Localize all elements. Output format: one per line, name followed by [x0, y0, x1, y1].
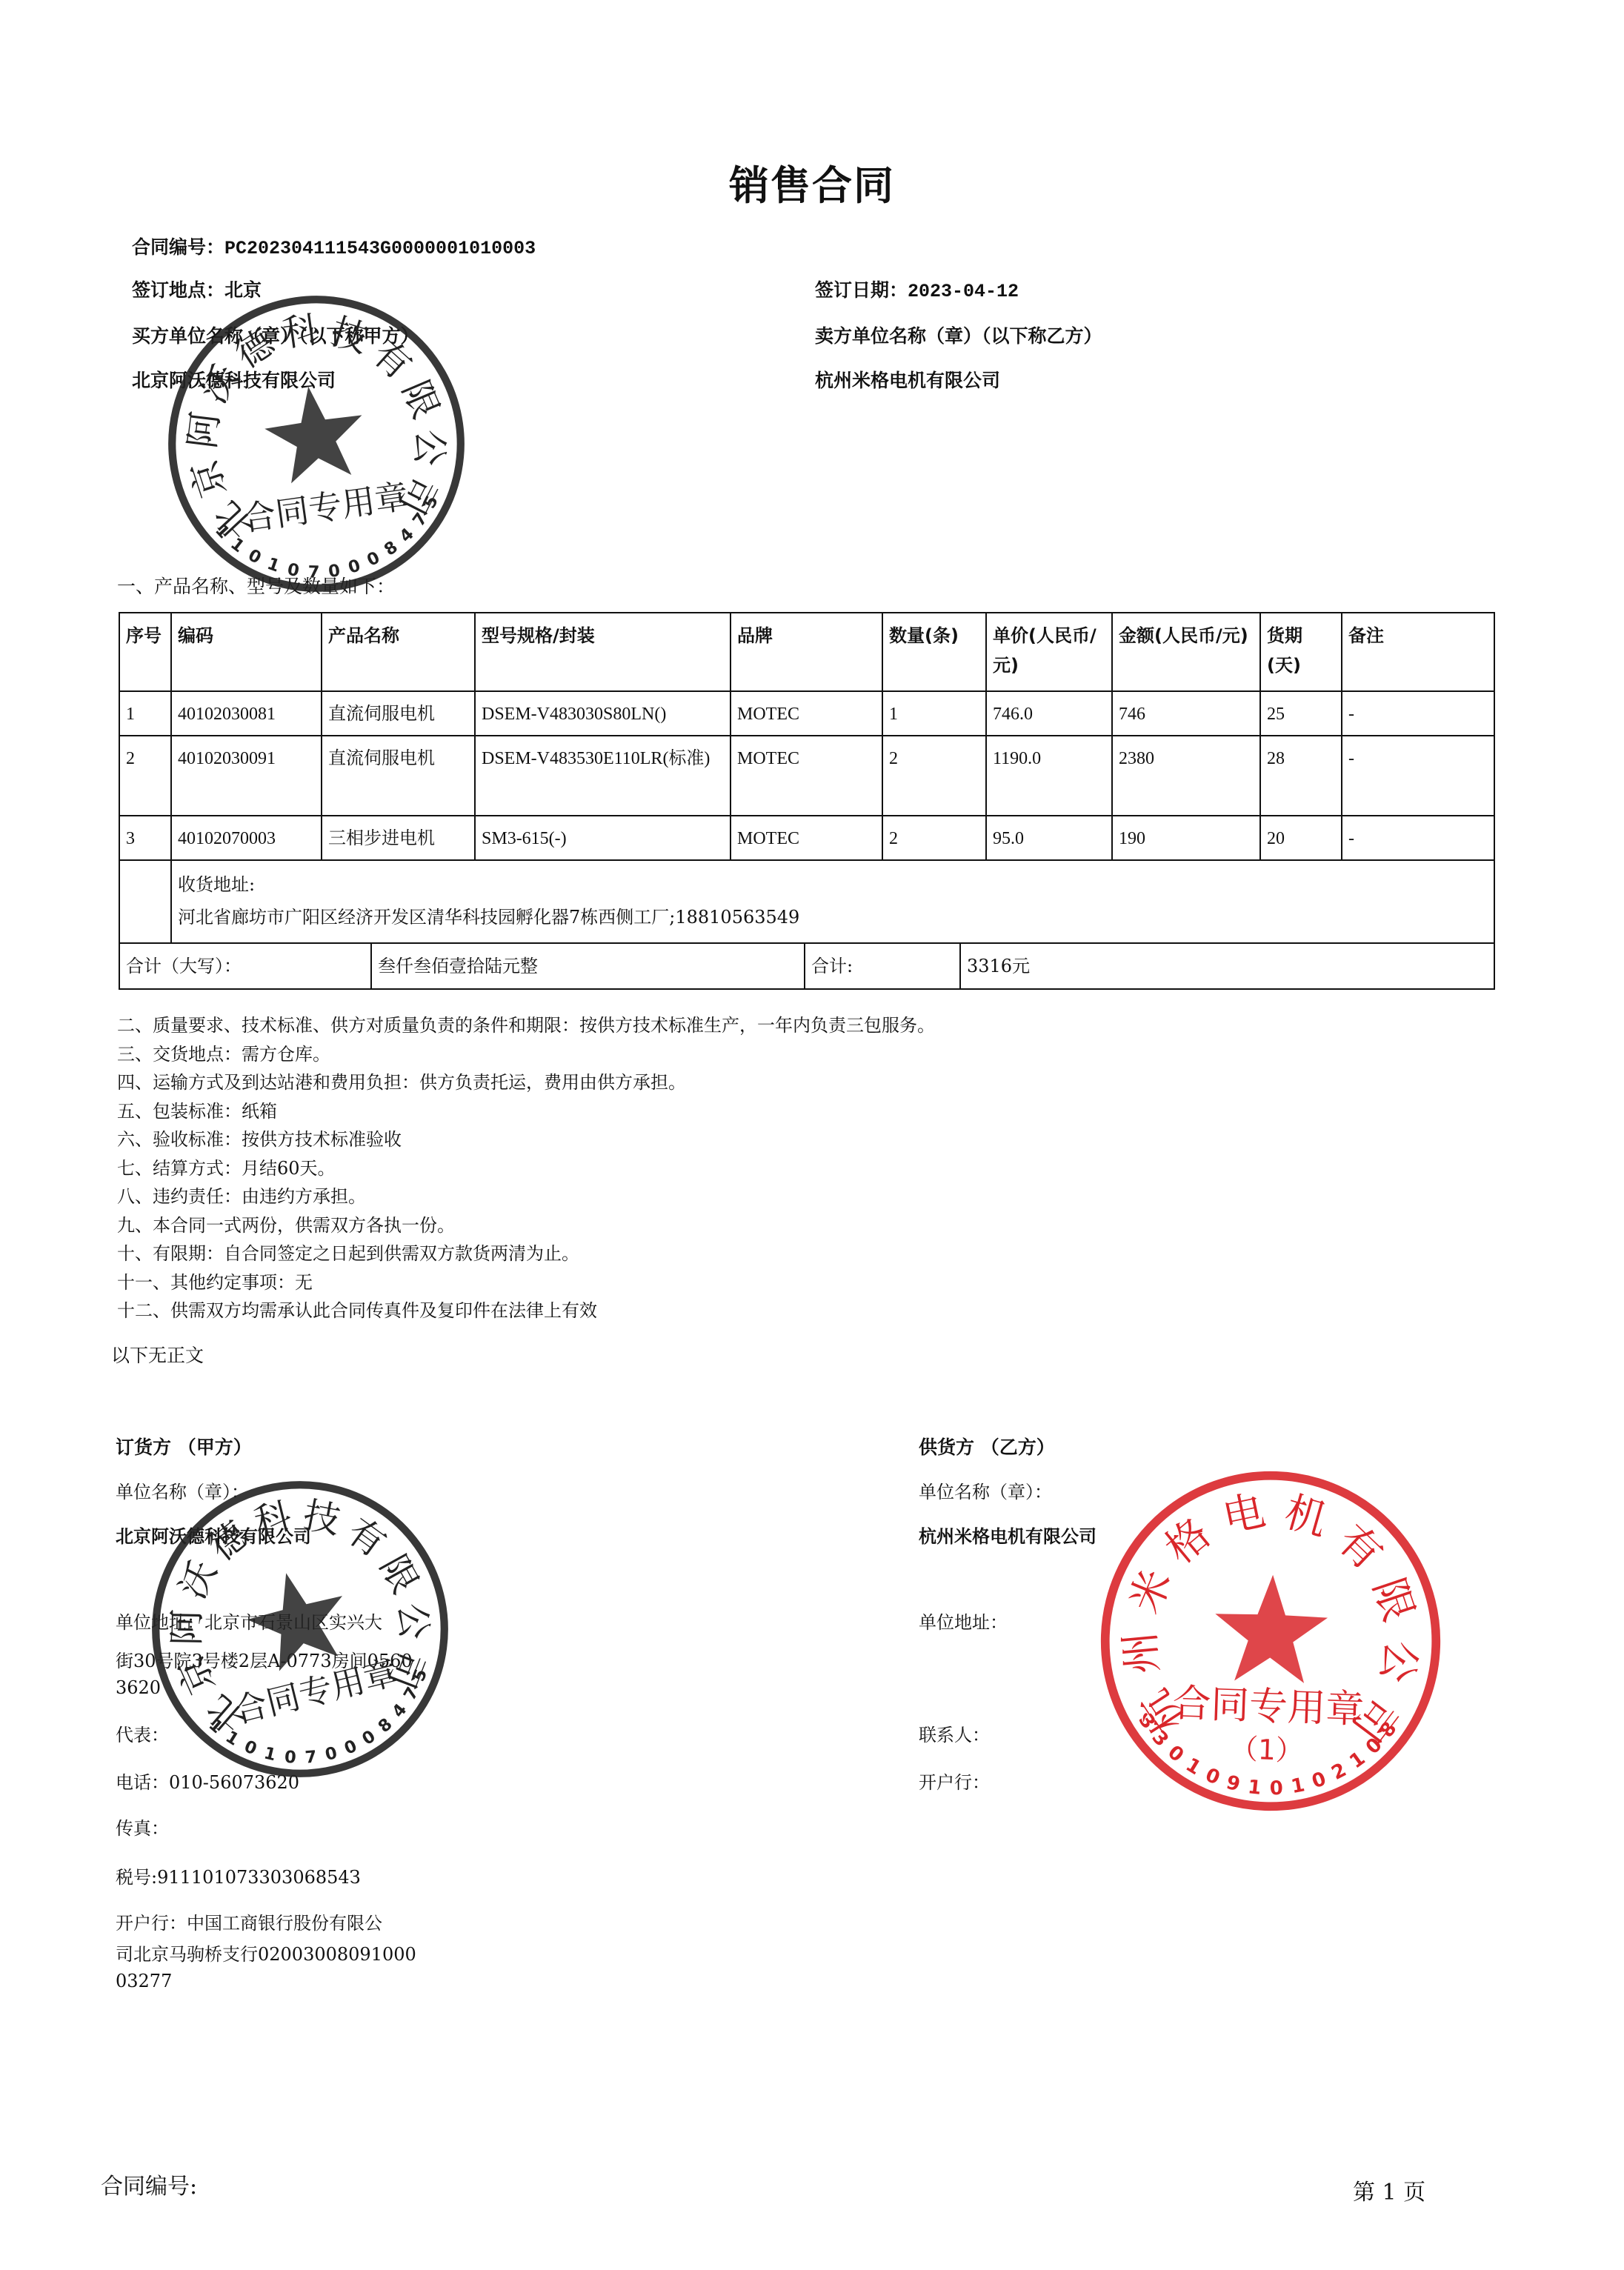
svg-text:1: 1 — [1345, 1748, 1369, 1774]
table-header-cell: 序号 — [119, 612, 172, 692]
svg-text:1: 1 — [227, 534, 247, 556]
svg-text:0: 0 — [323, 1743, 339, 1765]
svg-text:限: 限 — [1364, 1572, 1423, 1627]
table-cell: DSEM-V483530E110LR(标准) — [474, 735, 731, 816]
document-title: 销售合同 — [0, 154, 1624, 211]
svg-text:7: 7 — [409, 510, 431, 530]
svg-text:公: 公 — [390, 1602, 436, 1641]
party-a-address-line1: 北京市石景山区实兴大 — [204, 1612, 382, 1633]
table-cell: MOTEC — [730, 735, 883, 816]
table-cell: 40102070003 — [170, 815, 322, 861]
svg-text:5: 5 — [420, 493, 442, 512]
svg-text:州: 州 — [1116, 1630, 1168, 1676]
party-a-address-line3: 3620 — [116, 1677, 161, 1698]
table-cell: 25 — [1259, 690, 1342, 736]
svg-text:有: 有 — [1328, 1516, 1392, 1580]
party-a-tax-value: 91110107330306854З — [157, 1867, 361, 1888]
total-cell: 3316元 — [959, 942, 1495, 990]
svg-text:司: 司 — [1342, 1688, 1405, 1750]
seller-label: 卖方单位名称（章）（以下称乙方） — [815, 322, 1102, 348]
delivery-address-label: 收货地址: — [178, 868, 1488, 901]
address-spacer-cell — [119, 859, 172, 944]
svg-text:7: 7 — [400, 1684, 422, 1704]
table-cell: 2 — [882, 735, 987, 816]
table-header-cell: 数量(条) — [882, 612, 987, 692]
table-cell: - — [1341, 735, 1495, 816]
clause-item: 九、本合同一式两份，供需双方各执一份。 — [117, 1211, 455, 1236]
contract-number: PC202304111543G0000001010003 — [224, 238, 536, 259]
sign-date-label: 签订日期： — [815, 279, 908, 301]
delivery-address-cell: 收货地址:河北省廊坊市广阳区经济开发区清华科技园孵化器7栋西侧工厂;188105… — [170, 859, 1495, 944]
table-cell: - — [1341, 815, 1495, 861]
svg-text:0: 0 — [1202, 1764, 1222, 1790]
party-a-phone: 电话：010-56073620 — [116, 1768, 299, 1794]
table-header-cell: 金额(人民币/元) — [1111, 612, 1261, 692]
table-row-index: 1 — [119, 690, 172, 736]
party-b-contact-label: 联系人： — [919, 1720, 990, 1746]
sign-date-line: 签订日期：2023-04-12 — [815, 276, 1019, 302]
clause-item: 八、违约责任：由违约方承担。 — [117, 1182, 366, 1208]
svg-text:2: 2 — [1328, 1759, 1350, 1785]
svg-text:公: 公 — [1371, 1637, 1425, 1686]
svg-text:5: 5 — [409, 1666, 431, 1684]
delivery-address: 河北省廊坊市广阳区经济开发区清华科技园孵化器7栋西侧工厂;18810563549 — [178, 901, 1488, 933]
table-header-cell: 编码 — [170, 612, 322, 692]
svg-text:1: 1 — [1289, 1774, 1306, 1798]
svg-text:0: 0 — [245, 545, 264, 567]
svg-text:0: 0 — [359, 1727, 379, 1749]
clause-item: 七、结算方式：月结60天。 — [117, 1154, 336, 1179]
clause-item: 六、验收标准：按供方技术标准验收 — [117, 1125, 402, 1151]
svg-text:限: 限 — [372, 1548, 427, 1600]
party-a-address: 单位地址：北京市石景山区实兴大 — [116, 1608, 382, 1634]
party-a-tax: 税号:91110107330306854З — [116, 1863, 361, 1888]
table-cell: 746 — [1111, 690, 1261, 736]
svg-text:阿: 阿 — [180, 409, 227, 450]
svg-text:7: 7 — [304, 1748, 318, 1768]
clause-item: 三、交货地点：需方仓库。 — [117, 1039, 330, 1065]
party-a-name: 北京阿沃德科技有限公司 — [116, 1522, 311, 1548]
table-cell: 40102030081 — [170, 690, 322, 736]
sign-date: 2023-04-12 — [908, 281, 1019, 302]
svg-text:0: 0 — [1309, 1768, 1329, 1793]
table-cell: 1 — [882, 690, 987, 736]
party-a-tax-label: 税号: — [116, 1867, 157, 1888]
svg-text:（1）: （1） — [1230, 1732, 1305, 1767]
seller-name: 杭州米格电机有限公司 — [815, 366, 1000, 393]
table-cell: 40102030091 — [170, 735, 322, 816]
table-header-cell: 备注 — [1341, 612, 1495, 692]
clause-item: 十、有限期：自合同签定之日起到供需双方款货两清为止。 — [117, 1239, 579, 1265]
sign-place: 北京 — [224, 279, 262, 301]
table-cell: 直流伺服电机 — [321, 735, 476, 816]
svg-text:米: 米 — [1121, 1563, 1182, 1620]
section-1-title: 一、产品名称、型号及数量如下： — [117, 572, 395, 599]
table-cell: 28 — [1259, 735, 1342, 816]
svg-text:1: 1 — [1247, 1776, 1262, 1800]
svg-text:0: 0 — [1269, 1777, 1283, 1800]
party-a-name-label: 单位名称（章）： — [116, 1477, 249, 1503]
table-cell: 746.0 — [985, 690, 1113, 736]
svg-text:电: 电 — [1219, 1487, 1270, 1542]
table-cell: - — [1341, 690, 1495, 736]
table-cell: 190 — [1111, 815, 1261, 861]
svg-text:1: 1 — [262, 1743, 278, 1765]
svg-text:杭: 杭 — [1131, 1681, 1194, 1743]
party-b-bank-label: 开户行： — [919, 1768, 990, 1794]
svg-text:机: 机 — [1279, 1488, 1333, 1545]
table-cell: 20 — [1259, 815, 1342, 861]
svg-text:4: 4 — [388, 1700, 410, 1722]
clause-item: 五、包装标准：纸箱 — [117, 1096, 277, 1122]
svg-text:沃: 沃 — [171, 1554, 226, 1605]
party-a-rep-label: 代表： — [116, 1720, 169, 1746]
svg-text:0: 0 — [242, 1737, 260, 1759]
table-cell: 2380 — [1111, 735, 1261, 816]
party-a-fax-label: 传真： — [116, 1814, 169, 1840]
table-cell: 直流伺服电机 — [321, 690, 476, 736]
party-a-phone-label: 电话： — [116, 1772, 169, 1793]
footer-contract-number-label: 合同编号: — [101, 2168, 197, 2200]
clause-item: 十一、其他约定事项：无 — [117, 1268, 313, 1294]
svg-text:1: 1 — [222, 1727, 242, 1749]
svg-text:8: 8 — [375, 1714, 396, 1737]
party-a-bank-line1: 中国工商银行股份有限公 — [187, 1913, 382, 1934]
svg-text:1: 1 — [211, 521, 233, 542]
table-cell: 2 — [882, 815, 987, 861]
party-a-bank-line3: 03277 — [116, 1971, 172, 1991]
svg-text:1: 1 — [205, 1715, 227, 1737]
svg-text:京: 京 — [182, 455, 234, 503]
table-cell: 三相步进电机 — [321, 815, 476, 861]
svg-text:0: 0 — [364, 548, 383, 570]
party-b-name-label: 单位名称（章）： — [919, 1477, 1052, 1503]
total-label-cell: 合计: — [804, 942, 961, 990]
clause-item: 十二、供需双方均需承认此合同传真件及复印件在法律上有效 — [117, 1296, 597, 1322]
end-note: 以下无正文 — [111, 1341, 204, 1368]
table-cell: DSEM-V483030S80LN() — [474, 690, 731, 736]
buyer-name: 北京阿沃德科技有限公司 — [132, 366, 336, 393]
party-a-phone-value: 010-56073620 — [169, 1772, 299, 1793]
svg-text:北: 北 — [205, 493, 262, 550]
seller-company-stamp: 杭州米格电机有限公司 合同专用章 （1） 33010910102108 — [1091, 1461, 1451, 1821]
svg-text:格: 格 — [1157, 1510, 1219, 1574]
buyer-label: 买方单位名称（章）（以下称甲方） — [132, 322, 419, 348]
party-a-bank-label: 开户行： — [116, 1913, 187, 1934]
party-a-heading: 订货方 （甲方） — [116, 1433, 252, 1459]
total-upper-cell: 叁仟叁佰壹拾陆元整 — [370, 942, 805, 990]
page-number: 第 1 页 — [1353, 2174, 1425, 2206]
clause-item: 四、运输方式及到达站港和费用负担：供方负责托运，费用由供方承担。 — [117, 1068, 686, 1094]
svg-text:0: 0 — [342, 1737, 360, 1759]
svg-text:公: 公 — [407, 429, 452, 467]
table-cell: MOTEC — [730, 690, 883, 736]
table-cell: MOTEC — [730, 815, 883, 861]
party-b-heading: 供货方 （乙方） — [919, 1433, 1055, 1459]
table-header-cell: 品牌 — [730, 612, 883, 692]
svg-text:8: 8 — [381, 537, 402, 559]
svg-text:0: 0 — [284, 1748, 297, 1768]
party-a-bank: 开户行：中国工商银行股份有限公 — [116, 1908, 382, 1934]
table-header-cell: 型号规格/封装 — [474, 612, 731, 692]
clause-item: 二、质量要求、技术标准、供方对质量负责的条件和期限：按供方技术标准生产，一年内负… — [117, 1011, 935, 1036]
svg-text:限: 限 — [394, 374, 448, 425]
svg-text:3: 3 — [1134, 1710, 1159, 1733]
party-b-name: 杭州米格电机有限公司 — [919, 1522, 1096, 1548]
svg-text:8: 8 — [1376, 1718, 1402, 1742]
table-cell: SM3-615(-) — [474, 815, 731, 861]
table-header-cell: 货期(天) — [1259, 612, 1342, 692]
total-upper-label-cell: 合计（大写）： — [119, 942, 372, 990]
sign-place-label: 签订地点： — [132, 279, 224, 301]
svg-text:4: 4 — [396, 525, 417, 547]
party-a-bank-line2: 司北京马驹桥支行02003008091000 — [116, 1940, 416, 1966]
contract-number-line: 合同编号：PC202304111543G0000001010003 — [132, 233, 536, 259]
svg-text:1: 1 — [1182, 1754, 1205, 1780]
table-header-cell: 产品名称 — [321, 612, 476, 692]
table-cell: 95.0 — [985, 815, 1113, 861]
table-header-cell: 单价(人民币/元) — [985, 612, 1113, 692]
svg-text:合同专用章: 合同专用章 — [240, 476, 411, 539]
svg-text:司: 司 — [390, 469, 445, 521]
svg-text:0: 0 — [1362, 1734, 1387, 1759]
svg-text:3: 3 — [1147, 1726, 1172, 1751]
party-b-address-label: 单位地址： — [919, 1608, 1008, 1634]
svg-text:合同专用章: 合同专用章 — [1172, 1681, 1365, 1732]
sign-place-line: 签订地点：北京 — [132, 276, 262, 302]
svg-text:9: 9 — [1224, 1771, 1242, 1797]
party-a-address-label: 单位地址： — [116, 1612, 204, 1633]
table-cell: 1190.0 — [985, 735, 1113, 816]
table-row-index: 3 — [119, 815, 172, 861]
svg-text:北: 北 — [198, 1687, 253, 1743]
party-a-address-line2: 街30号院3号楼2层A-0773房间0560 — [116, 1646, 413, 1672]
contract-number-label: 合同编号： — [132, 236, 224, 258]
table-row-index: 2 — [119, 735, 172, 816]
svg-text:有: 有 — [339, 1509, 394, 1565]
svg-text:0: 0 — [1163, 1741, 1188, 1767]
